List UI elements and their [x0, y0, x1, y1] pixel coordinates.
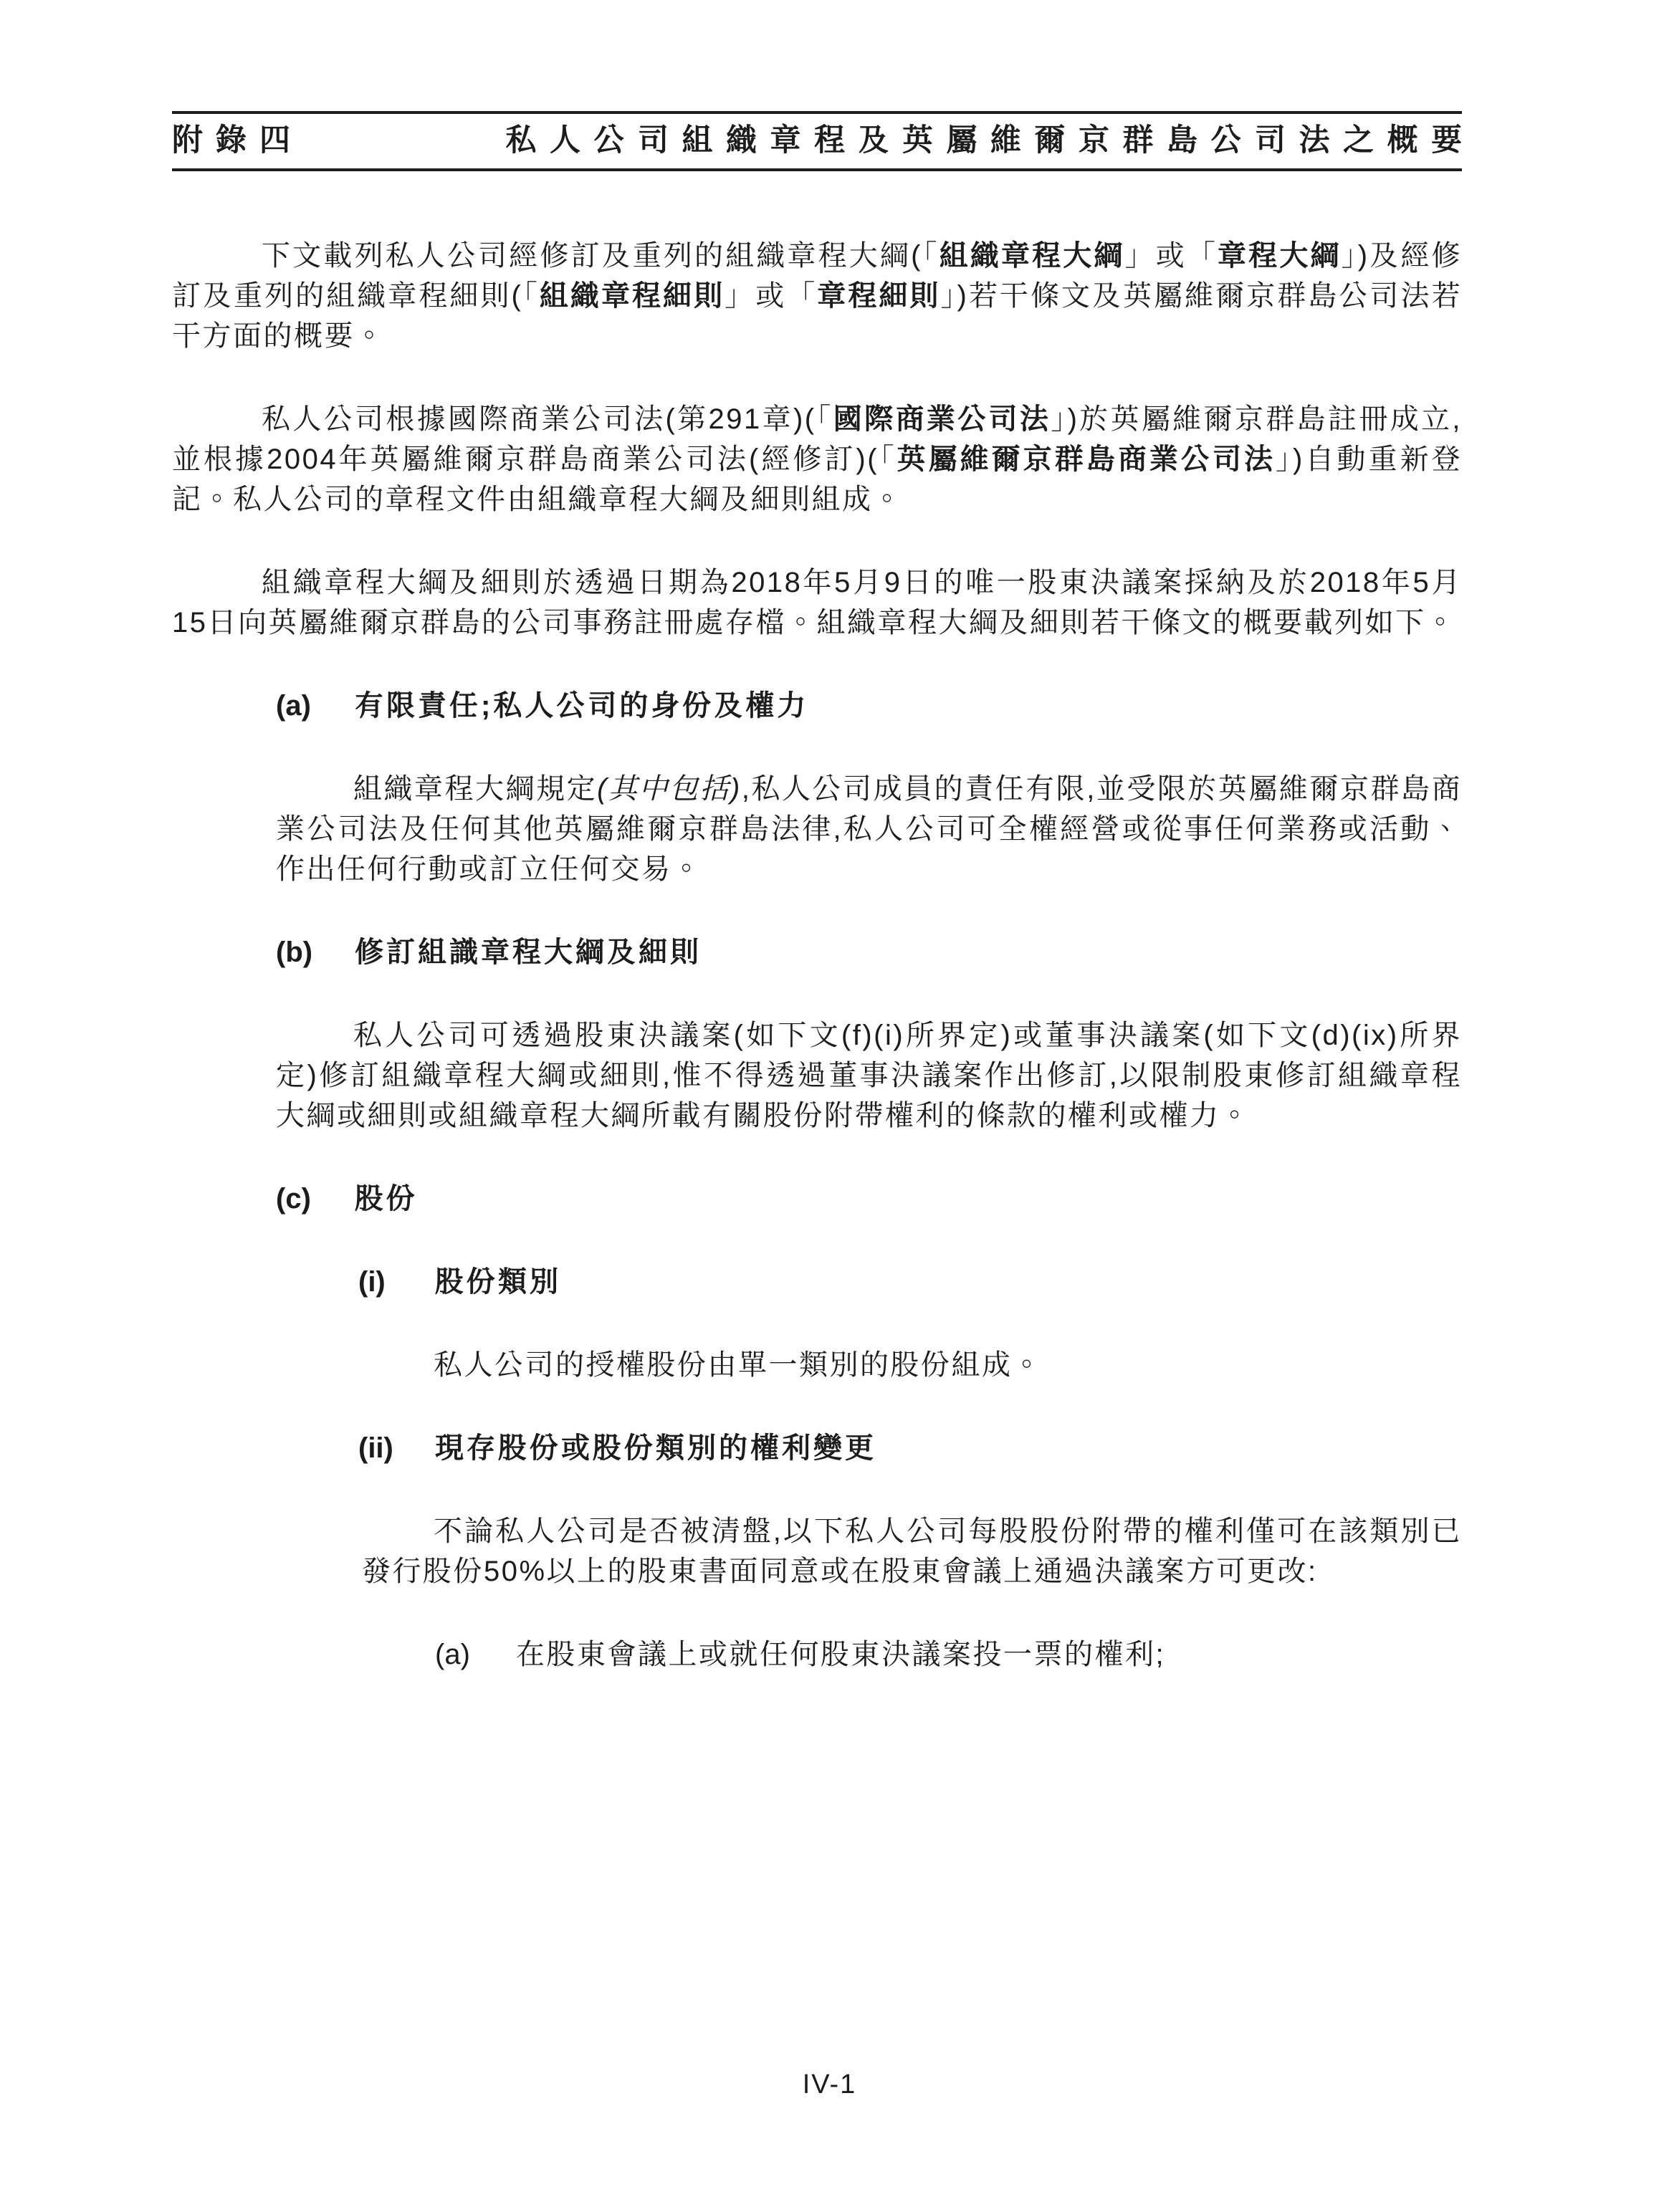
- page-footer: IV-1: [0, 2069, 1659, 2100]
- section-c-title: 股份: [355, 1179, 418, 1219]
- section-a-title: 有限責任;私人公司的身份及權力: [355, 686, 808, 726]
- section-b-paragraph: 私人公司可透過股東決議案(如下文(f)(i)所界定)或董事決議案(如下文(d)(…: [276, 1015, 1462, 1136]
- page-title: 私人公司組織章程及英屬維爾京群島公司法之概要: [506, 122, 1476, 159]
- page-header: 附錄四 私人公司組織章程及英屬維爾京群島公司法之概要: [172, 111, 1462, 171]
- section-c-heading: (c) 股份: [276, 1179, 1462, 1219]
- intro-paragraph-3: 組織章程大綱及細則於透過日期為2018年5月9日的唯一股東決議案採納及於2018…: [172, 562, 1462, 643]
- list-item-a-text: 在股東會議上或就任何股東決議案投一票的權利;: [516, 1634, 1165, 1675]
- subsection-i-label: (i): [358, 1262, 435, 1302]
- section-c-label: (c): [276, 1179, 355, 1219]
- content-area: 附錄四 私人公司組織章程及英屬維爾京群島公司法之概要 下文載列私人公司經修訂及重…: [172, 0, 1462, 1718]
- subsection-i-paragraph: 私人公司的授權股份由單一類別的股份組成。: [362, 1345, 1462, 1385]
- intro-paragraph-1: 下文載列私人公司經修訂及重列的組織章程大綱(「組織章程大綱」或「章程大綱」)及經…: [172, 236, 1462, 356]
- document-page: 附錄四 私人公司組織章程及英屬維爾京群島公司法之概要 下文載列私人公司經修訂及重…: [0, 0, 1659, 2212]
- section-a-label: (a): [276, 686, 355, 726]
- section-b-heading: (b) 修訂組識章程大綱及細則: [276, 932, 1462, 972]
- section-a-paragraph: 組織章程大綱規定(其中包括),私人公司成員的責任有限,並受限於英屬維爾京群島商業…: [276, 769, 1462, 889]
- subsection-i-heading: (i) 股份類別: [358, 1262, 1462, 1302]
- list-item-a-label: (a): [435, 1634, 516, 1675]
- subsection-i-title: 股份類別: [435, 1262, 561, 1302]
- subsection-ii-paragraph: 不論私人公司是否被清盤,以下私人公司每股股份附帶的權利僅可在該類別已發行股份50…: [362, 1511, 1462, 1591]
- section-a-heading: (a) 有限責任;私人公司的身份及權力: [276, 686, 1462, 726]
- subsection-ii-label: (ii): [358, 1428, 435, 1468]
- page-number: IV-1: [803, 2069, 857, 2100]
- appendix-label: 附錄四: [172, 122, 303, 159]
- subsection-ii-heading: (ii) 現存股份或股份類別的權利變更: [358, 1428, 1462, 1468]
- list-item-a: (a) 在股東會議上或就任何股東決議案投一票的權利;: [435, 1634, 1462, 1675]
- intro-paragraph-2: 私人公司根據國際商業公司法(第291章)(「國際商業公司法」)於英屬維爾京群島註…: [172, 399, 1462, 520]
- subsection-ii-title: 現存股份或股份類別的權利變更: [435, 1428, 876, 1468]
- section-b-title: 修訂組識章程大綱及細則: [355, 932, 702, 972]
- section-b-label: (b): [276, 932, 355, 972]
